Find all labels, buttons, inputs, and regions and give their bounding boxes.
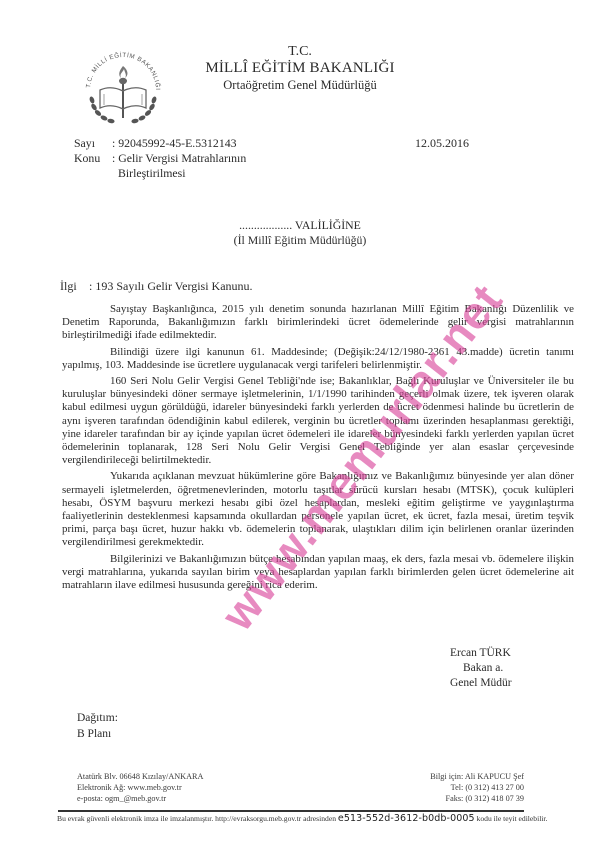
distribution-value: B Planı: [77, 727, 118, 743]
esign-notice: Bu evrak güvenli elektronik imza ile imz…: [57, 813, 547, 824]
signatory-title1: Bakan a.: [450, 661, 512, 676]
footer-contact-block: Bilgi için: Ali KAPUCU Şef Tel: (0 312) …: [420, 771, 524, 804]
konu-row: Konu: Gelir Vergisi Matrahlarının: [74, 151, 246, 166]
footer-divider: [58, 810, 524, 812]
konu-label: Konu: [74, 151, 112, 166]
footer-fax: Faks: (0 312) 418 07 39: [420, 793, 524, 804]
body-paragraph: Bilgilerinizi ve Bakanlığımızın bütçe he…: [62, 553, 574, 593]
sayi-value: : 92045992-45-E.5312143: [112, 136, 237, 150]
distribution-label: Dağıtım:: [77, 711, 118, 727]
sayi-label: Sayı: [74, 136, 112, 151]
body-paragraph: Yukarıda açıklanan mevzuat hükümlerine g…: [62, 470, 574, 549]
footer-email: e-posta: ogm_@meb.gov.tr: [77, 793, 203, 804]
footer-tel: Tel: (0 312) 413 27 00: [420, 782, 524, 793]
esign-suffix: kodu ile teyit edilebilir.: [475, 814, 548, 823]
document-meta: Sayı: 92045992-45-E.5312143 Konu: Gelir …: [74, 136, 246, 181]
sayi-row: Sayı: 92045992-45-E.5312143: [74, 136, 246, 151]
addressee-line2: (İl Millî Eğitim Müdürlüğü): [0, 233, 600, 248]
letter-body: Sayıştay Başkanlığınca, 2015 yılı deneti…: [62, 303, 574, 595]
document-date: 12.05.2016: [415, 136, 469, 151]
ilgi-label: İlgi: [60, 279, 89, 294]
header-tc: T.C.: [0, 44, 600, 60]
signature-block: Ercan TÜRK Bakan a. Genel Müdür: [450, 646, 512, 691]
header-directorate: Ortaöğretim Genel Müdürlüğü: [0, 78, 600, 93]
signatory-title2: Genel Müdür: [450, 676, 512, 691]
footer-contact: Bilgi için: Ali KAPUCU Şef: [420, 771, 524, 782]
esign-verification-code: e513-552d-3612-b0db-0005: [338, 813, 475, 824]
footer-address: Atatürk Blv. 06648 Kızılay/ANKARA: [77, 771, 203, 782]
footer-address-block: Atatürk Blv. 06648 Kızılay/ANKARA Elektr…: [77, 771, 203, 804]
konu-value-line2: Birleştirilmesi: [74, 166, 246, 181]
signatory-name: Ercan TÜRK: [450, 646, 512, 661]
footer-web: Elektronik Ağ: www.meb.gov.tr: [77, 782, 203, 793]
ilgi-value: : 193 Sayılı Gelir Vergisi Kanunu.: [89, 279, 253, 293]
distribution: Dağıtım: B Planı: [77, 711, 118, 742]
konu-value-line1: : Gelir Vergisi Matrahlarının: [112, 151, 246, 165]
body-paragraph: Sayıştay Başkanlığınca, 2015 yılı deneti…: [62, 303, 574, 343]
body-paragraph: Bilindiği üzere ilgi kanunun 61. Maddesi…: [62, 346, 574, 372]
esign-prefix: Bu evrak güvenli elektronik imza ile imz…: [57, 814, 338, 823]
body-paragraph: 160 Seri Nolu Gelir Vergisi Genel Tebliğ…: [62, 375, 574, 467]
reference: İlgi: 193 Sayılı Gelir Vergisi Kanunu.: [60, 279, 253, 294]
header-ministry: MİLLÎ EĞİTİM BAKANLIĞI: [0, 60, 600, 77]
addressee: .................. VALİLİĞİNE (İl Millî …: [0, 218, 600, 248]
addressee-line1: .................. VALİLİĞİNE: [0, 218, 600, 233]
